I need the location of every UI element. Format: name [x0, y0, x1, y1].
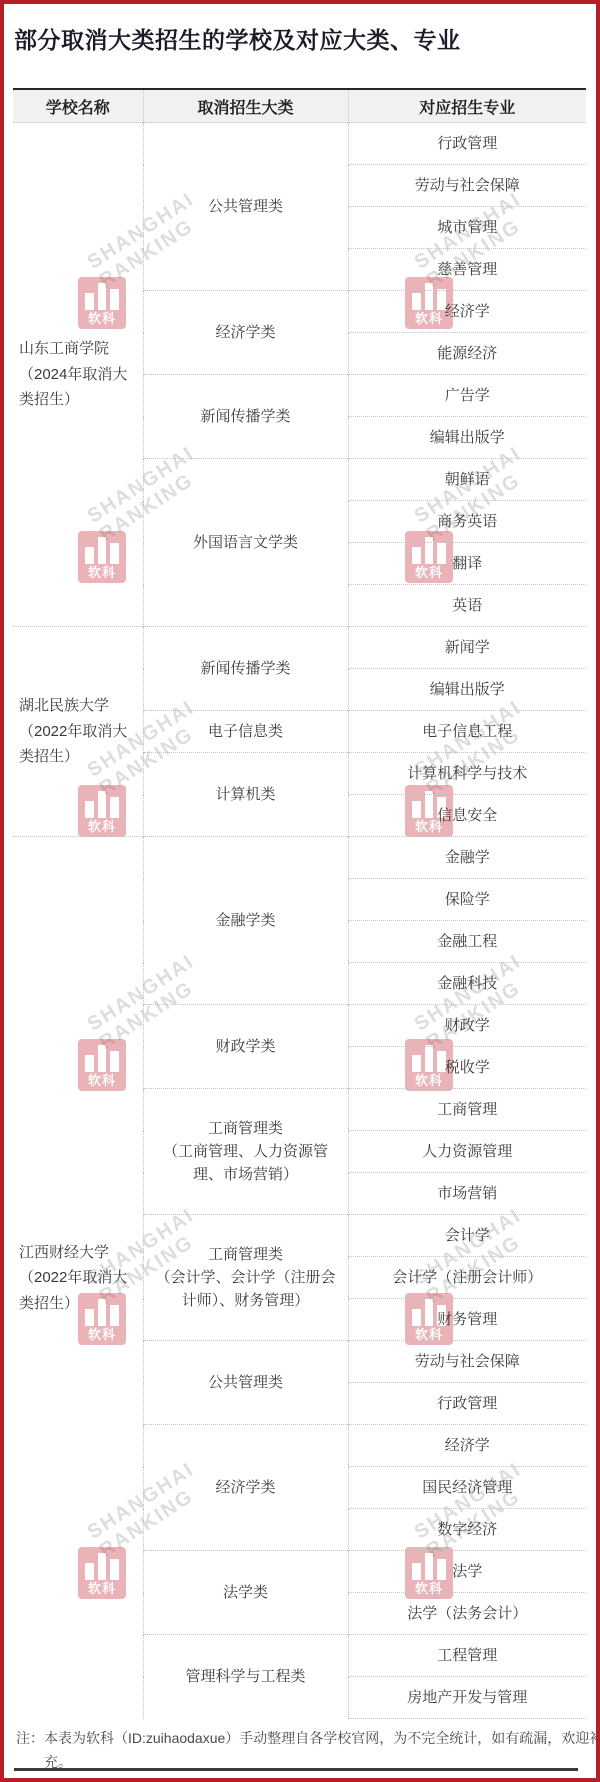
cancelled-category-cell: 经济学类	[143, 1425, 348, 1551]
major-cell: 工商管理	[348, 1089, 586, 1131]
major-cell: 广告学	[348, 375, 586, 417]
cancelled-category-cell: 工商管理类 （会计学、会计学（注册会计师）、财务管理）	[143, 1215, 348, 1341]
cancelled-category-cell: 金融学类	[143, 837, 348, 1005]
major-cell: 朝鲜语	[348, 459, 586, 501]
header-school-name: 学校名称	[13, 89, 143, 123]
major-cell: 商务英语	[348, 501, 586, 543]
cancelled-category-cell: 经济学类	[143, 291, 348, 375]
major-cell: 房地产开发与管理	[348, 1677, 586, 1719]
major-cell: 人力资源管理	[348, 1131, 586, 1173]
major-cell: 新闻学	[348, 627, 586, 669]
major-cell: 慈善管理	[348, 249, 586, 291]
major-cell: 法学	[348, 1551, 586, 1593]
major-cell: 国民经济管理	[348, 1467, 586, 1509]
table-row: 湖北民族大学 （2022年取消大类招生）新闻传播学类新闻学	[13, 627, 586, 669]
cancelled-category-cell: 计算机类	[143, 753, 348, 837]
major-cell: 计算机科学与技术	[348, 753, 586, 795]
major-cell: 金融学	[348, 837, 586, 879]
table-header: 学校名称 取消招生大类 对应招生专业	[13, 89, 586, 123]
school-name-cell: 湖北民族大学 （2022年取消大类招生）	[13, 627, 143, 837]
cancelled-category-cell: 财政学类	[143, 1005, 348, 1089]
major-cell: 电子信息工程	[348, 711, 586, 753]
major-cell: 城市管理	[348, 207, 586, 249]
major-cell: 法学（法务会计）	[348, 1593, 586, 1635]
major-cell: 编辑出版学	[348, 669, 586, 711]
major-cell: 税收学	[348, 1047, 586, 1089]
major-cell: 劳动与社会保障	[348, 1341, 586, 1383]
major-cell: 行政管理	[348, 123, 586, 165]
cancelled-category-cell: 公共管理类	[143, 123, 348, 291]
header-corresponding-major: 对应招生专业	[348, 89, 586, 123]
cancelled-category-cell: 法学类	[143, 1551, 348, 1635]
major-cell: 英语	[348, 585, 586, 627]
major-cell: 劳动与社会保障	[348, 165, 586, 207]
major-cell: 工程管理	[348, 1635, 586, 1677]
cancelled-category-cell: 新闻传播学类	[143, 375, 348, 459]
major-cell: 行政管理	[348, 1383, 586, 1425]
major-cell: 翻译	[348, 543, 586, 585]
admissions-table: 学校名称 取消招生大类 对应招生专业 山东工商学院 （2024年取消大类招生）公…	[13, 88, 586, 1719]
infographic-page: SHANGHAIRANKING软科SHANGHAIRANKING软科SHANGH…	[0, 0, 600, 1782]
cancelled-category-cell: 工商管理类 （工商管理、人力资源管理、市场营销）	[143, 1089, 348, 1215]
major-cell: 能源经济	[348, 333, 586, 375]
cancelled-category-cell: 公共管理类	[143, 1341, 348, 1425]
major-cell: 会计学（注册会计师）	[348, 1257, 586, 1299]
bottom-rule	[14, 1768, 578, 1771]
footer-note: 注：本表为软科（ID:zuihaodaxue）手动整理自各学校官网，为不完全统计…	[16, 1726, 600, 1774]
page-title: 部分取消大类招生的学校及对应大类、专业	[14, 22, 461, 55]
cancelled-category-cell: 外国语言文学类	[143, 459, 348, 627]
major-cell: 会计学	[348, 1215, 586, 1257]
major-cell: 市场营销	[348, 1173, 586, 1215]
school-name-cell: 山东工商学院 （2024年取消大类招生）	[13, 123, 143, 627]
header-cancelled-category: 取消招生大类	[143, 89, 348, 123]
major-cell: 财政学	[348, 1005, 586, 1047]
major-cell: 财务管理	[348, 1299, 586, 1341]
major-cell: 保险学	[348, 879, 586, 921]
major-cell: 数字经济	[348, 1509, 586, 1551]
major-cell: 经济学	[348, 291, 586, 333]
cancelled-category-cell: 新闻传播学类	[143, 627, 348, 711]
table-row: 山东工商学院 （2024年取消大类招生）公共管理类行政管理	[13, 123, 586, 165]
school-name-cell: 江西财经大学 （2022年取消大类招生）	[13, 837, 143, 1719]
table-row: 江西财经大学 （2022年取消大类招生）金融学类金融学	[13, 837, 586, 879]
major-cell: 金融工程	[348, 921, 586, 963]
major-cell: 金融科技	[348, 963, 586, 1005]
major-cell: 经济学	[348, 1425, 586, 1467]
cancelled-category-cell: 电子信息类	[143, 711, 348, 753]
major-cell: 编辑出版学	[348, 417, 586, 459]
major-cell: 信息安全	[348, 795, 586, 837]
cancelled-category-cell: 管理科学与工程类	[143, 1635, 348, 1719]
